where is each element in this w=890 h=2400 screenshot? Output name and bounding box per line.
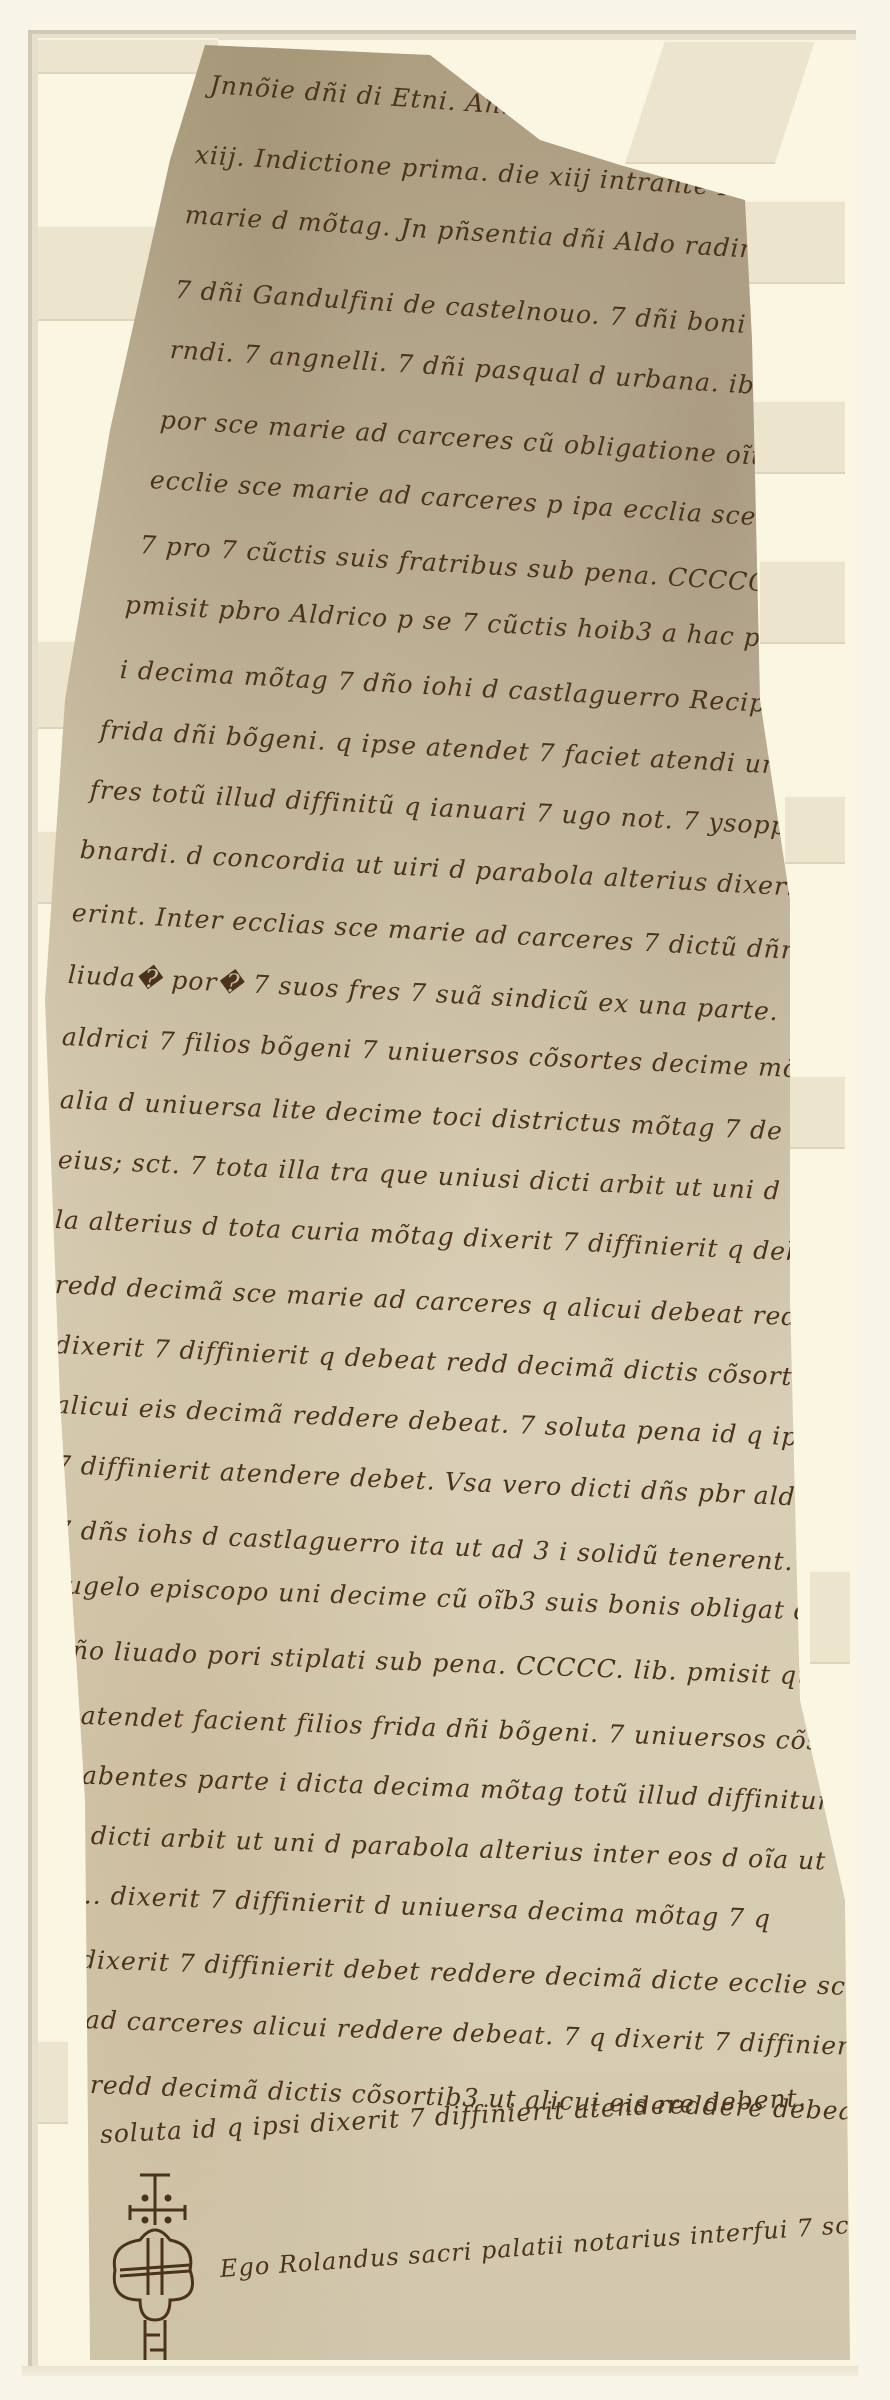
text-line: pmisit pbro Aldrico p se 7 cũctis hoib3 … — [124, 590, 817, 655]
hinge-left-5 — [38, 2040, 68, 2124]
text-line: 7 dñs iohs d castlaguerro ita ut ad 3 i … — [54, 1515, 869, 1579]
text-line: erint. Inter ecclias sce marie ad carcer… — [71, 898, 806, 965]
text-line: eius; sct. 7 tota illa tra que uniusi di… — [57, 1145, 885, 1210]
text-line: habentes parte i dicta decima mõtag totũ… — [64, 1760, 842, 1816]
hinge-right-5 — [790, 1075, 845, 1149]
text-line: q dicti arbit ut uni d parabola alterius… — [64, 1820, 826, 1876]
text-line: aldrici 7 filios bõgeni 7 uniuersos cõso… — [61, 1022, 883, 1087]
text-line: dixerit 7 diffinierit debet reddere deci… — [79, 1945, 890, 2004]
text-line: augelo episcopo uni decime cũ oĩb3 suis … — [49, 1570, 862, 1627]
text-line: 7 diffinierit atendere debet. Vsa vero d… — [54, 1450, 833, 1513]
hinge-right-3 — [760, 560, 845, 644]
text-line: bnardi. d concordia ut uiri d parabola a… — [79, 835, 890, 909]
hinge-left-1 — [38, 38, 218, 74]
text-line: alia d uniuersa lite decime toci distric… — [59, 1085, 862, 1149]
hinge-right-6 — [810, 1570, 850, 1664]
text-line: ecclie sce marie ad carceres p ipa eccli… — [149, 465, 844, 536]
text-line: dño liuado pori stiplati sub pena. CCCCC… — [54, 1635, 847, 1692]
hinge-right-1 — [745, 200, 845, 284]
mat-bevel — [22, 2366, 858, 2376]
text-line: dixerit 7 diffinierit q debeat redd deci… — [54, 1330, 873, 1395]
text-line: liuda� por� 7 suos fres 7 suã sindicũ ex… — [67, 960, 877, 1031]
notarial-signum-icon — [100, 2170, 200, 2370]
text-line: alicui eis decimã reddere debeat. 7 solu… — [54, 1390, 890, 1457]
text-line: 7 atendet facient filios frida dñi bõgen… — [54, 1700, 890, 1758]
text-line: ad carceres alicui reddere debeat. 7 q d… — [84, 2005, 890, 2064]
text-line: redd decimã sce marie ad carceres q alic… — [54, 1270, 876, 1335]
text-line: la alterius d tota curia mõtag dixerit 7… — [54, 1205, 846, 1268]
hinge-right-4 — [785, 795, 845, 864]
hinge-right-2 — [750, 400, 845, 474]
text-line: ... dixerit 7 diffinierit d uniuersa dec… — [74, 1880, 771, 1933]
text-line: fres totũ illud diffinitũ q ianuari 7 ug… — [89, 775, 804, 841]
notary-subscription: Ego Rolandus sacri palatii notarius inte… — [219, 2206, 890, 2283]
